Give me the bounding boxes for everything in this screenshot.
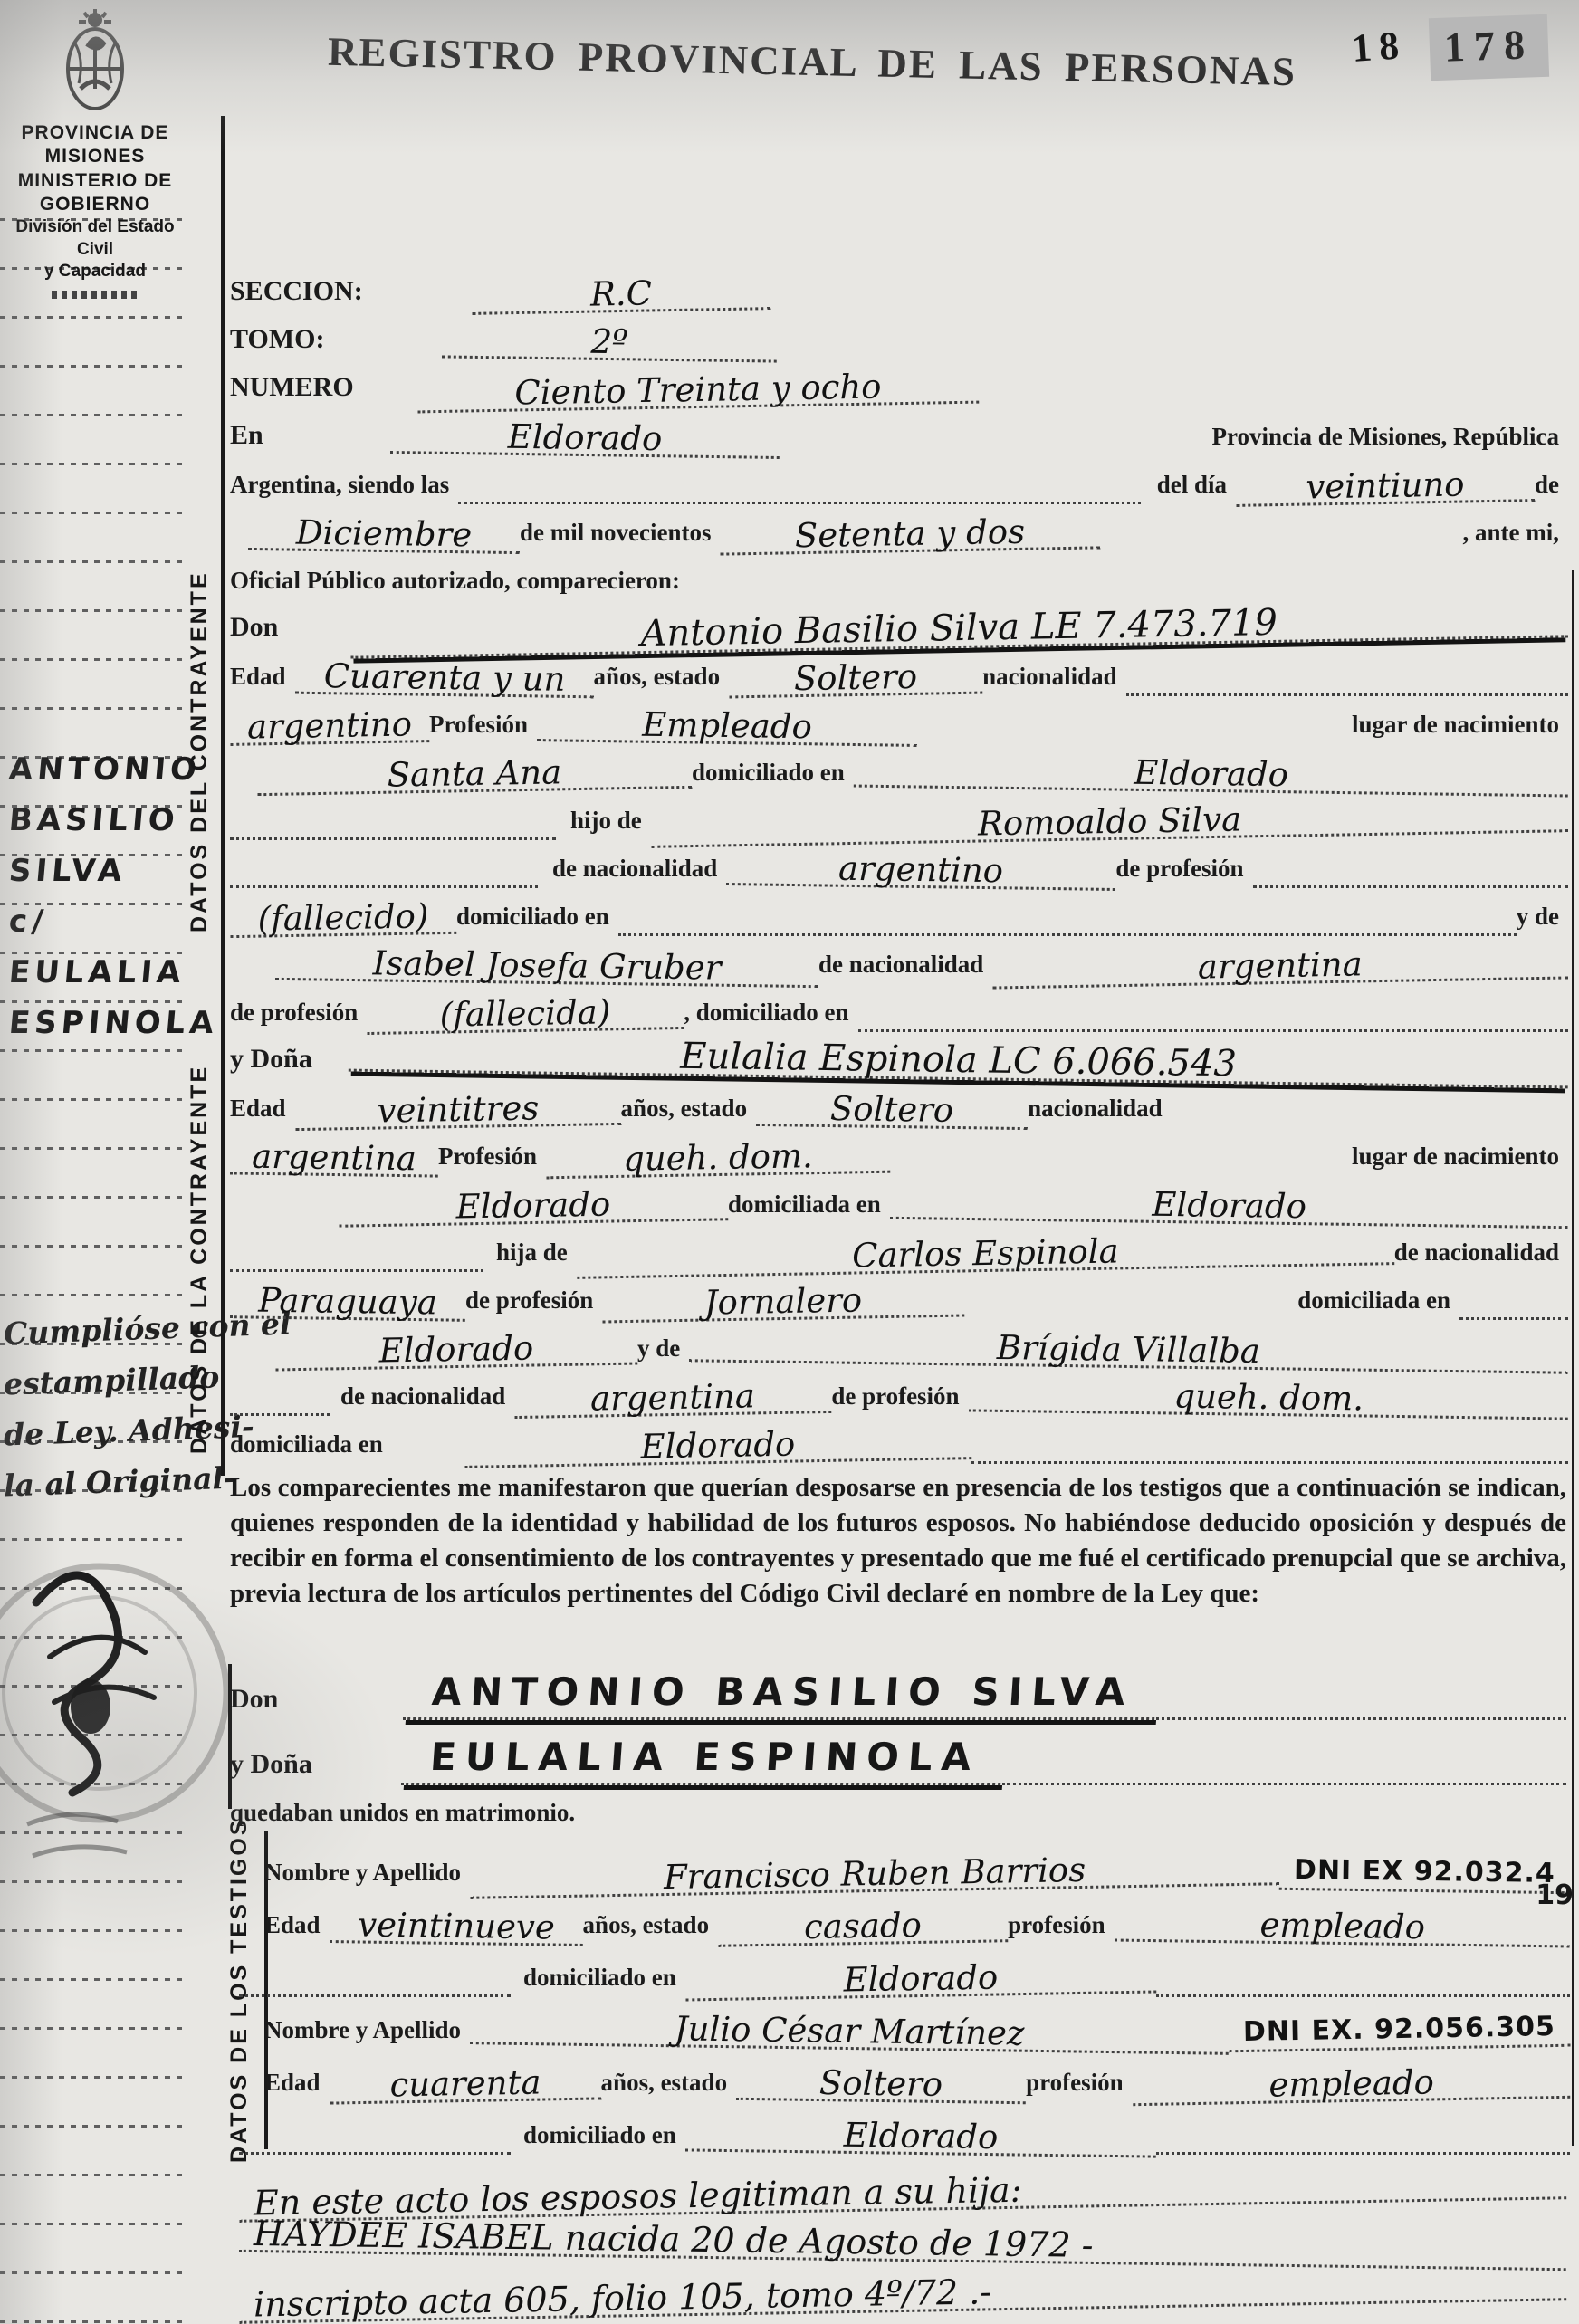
letterhead-line1: PROVINCIA DE MISIONES [0, 121, 190, 169]
seccion-value: R.C [471, 277, 770, 315]
blank [618, 900, 1517, 936]
en-value: Eldorado [389, 421, 779, 459]
form-body: SECCION: R.C TOMO: 2º NUMERO Ciento Trei… [230, 264, 1568, 1464]
blank [858, 996, 1568, 1032]
numero-label: NUMERO [230, 374, 363, 408]
groom-nacionalidad-value: argentino [230, 710, 430, 746]
don-label: Don [230, 614, 287, 648]
bride-edad-value: veintitres [294, 1092, 621, 1131]
groom-padre-nac-label: de nacionalidad [552, 856, 726, 888]
groom-nacimiento-row: Santa Ana domiciliado en Eldorado [230, 744, 1568, 792]
margin-case-line: EULALIA [7, 947, 221, 998]
page-number-printed: 18 [1350, 22, 1407, 72]
tomo-label: TOMO: [230, 326, 333, 360]
bride-madre-dom-value: Eldorado [464, 1427, 971, 1468]
scanned-marriage-certificate: 18 178 REGISTRO PROVINCIAL DE LAS PERSON… [0, 0, 1579, 2324]
groom-madre-row: Isabel Josefa Gruber de nacionalidad arg… [230, 936, 1568, 984]
witness2-name-value: Julio César Martínez [470, 2012, 1230, 2055]
groom-estado-value: Soltero [729, 661, 983, 698]
bride-padre-dom-value: Eldorado [275, 1332, 638, 1371]
bride-madre-dom-row: domiciliada en Eldorado [230, 1416, 1568, 1464]
seccion-label: SECCION: [230, 278, 372, 312]
numero-value: Ciento Treinta y ocho [416, 370, 979, 413]
groom-padre-prof-value: (fallecido) [230, 901, 457, 938]
fecha-row-1: Argentina, siendo las del día veintiuno … [230, 456, 1568, 504]
legitimation-section: En este acto los esposos legitiman a su … [239, 2160, 1566, 2312]
groom-madre-prof-label: de profesión [230, 1000, 367, 1032]
witness2-name-label: Nombre y Apellido [264, 2018, 470, 2050]
groom-prof-row: argentino Profesión Empleado lugar de na… [230, 696, 1568, 744]
official-stamp-and-signature [0, 1467, 254, 1897]
page-number-area: 18 178 [1352, 16, 1548, 79]
page-number-stamp: 178 [1429, 14, 1549, 81]
witness1-edad-value: veintinueve [329, 1910, 582, 1946]
witness1-name-row: Nombre y Apellido Francisco Ruben Barrio… [239, 1840, 1570, 1892]
blank [1156, 1961, 1570, 1997]
groom-anos-estado-label: años, estado [594, 665, 730, 696]
witness2-profesion-value: empleado [1132, 2065, 1570, 2106]
letterhead-line4: y Capacidad [0, 261, 190, 283]
groom-padre-dom-label: domiciliado en [456, 904, 618, 936]
bride-padre-prof-value: Jornalero [602, 1284, 965, 1323]
section-label-bride: DATOS DE LA CONTRAYENTE [187, 1039, 213, 1479]
oficial-line: Oficial Público autorizado, compareciero… [230, 569, 689, 600]
declaration-section: Don ANTONIO BASILIO SILVA y Doña EULALIA… [230, 1655, 1566, 1832]
groom-profesion-label: Profesión [429, 713, 537, 744]
legitimation-line3: inscripto acta 605, folio 105, tomo 4º/7… [239, 2267, 1566, 2324]
blank [230, 1236, 483, 1272]
bride-madre-nac-label: de nacionalidad [340, 1384, 514, 1416]
blank [1156, 2118, 1570, 2155]
hora-blank [458, 468, 1140, 504]
novecientos-label: de mil novecientos [520, 521, 720, 552]
bride-nacionalidad-value: argentina [230, 1142, 438, 1178]
groom-padre-dom-row: (fallecido) domiciliado en y de [230, 888, 1568, 936]
letterhead: PROVINCIA DE MISIONES MINISTERIO DE GOBI… [0, 7, 190, 299]
declaration-closing: quedaban unidos en matrimonio. [230, 1801, 584, 1832]
witness2-dom-value: Eldorado [685, 2118, 1156, 2158]
groom-madre-dom-label: , domiciliado en [684, 1000, 857, 1032]
declaration-groom-row: Don ANTONIO BASILIO SILVA [230, 1655, 1566, 1720]
blank [1126, 660, 1568, 696]
witnesses-section: Nombre y Apellido Francisco Ruben Barrio… [239, 1840, 1570, 2155]
ante-mi-label: , ante mi, [1463, 521, 1568, 552]
witness1-dom-value: Eldorado [684, 1960, 1156, 2002]
groom-name-row: Don Antonio Basilio Silva LE 7.473.719 [230, 600, 1568, 648]
numero-row: NUMERO Ciento Treinta y ocho [230, 360, 1568, 408]
groom-madre-nac-value: argentina [992, 946, 1568, 990]
groom-domiciliado-label: domiciliado en [692, 760, 854, 792]
bride-anos-estado-label: años, estado [621, 1096, 757, 1128]
bride-padre-prof-row: Paraguaya de profesión Jornalero domicil… [230, 1272, 1568, 1320]
argentina-coat-of-arms-icon [48, 7, 142, 116]
form-left-rail [221, 116, 225, 1476]
legitimation-line-row: inscripto acta 605, folio 105, tomo 4º/7… [239, 2262, 1566, 2312]
blank [230, 1380, 330, 1416]
blank [230, 852, 538, 888]
witness2-anos-estado-label: años, estado [601, 2071, 737, 2102]
witness1-estado-value: casado [718, 1909, 1009, 1947]
argentina-prefix: Argentina, siendo las [230, 473, 458, 504]
section-label-groom: DATOS DEL CONTRAYENTE [187, 578, 213, 925]
bride-padre-dom-label: domiciliada en [1297, 1288, 1459, 1320]
bride-madre-prof-label: de profesión [831, 1384, 968, 1416]
blank [1162, 1684, 1566, 1720]
witness1-dom-row: domiciliado en Eldorado [239, 1945, 1570, 1997]
witness1-dom-label: domiciliado en [523, 1965, 685, 1997]
blank [1253, 852, 1568, 888]
bride-prof-row: argentina Profesión queh. dom. lugar de … [230, 1128, 1568, 1176]
declaration-bride-row: y Doña EULALIA ESPINOLA [230, 1720, 1566, 1785]
witness1-name-label: Nombre y Apellido [264, 1860, 470, 1892]
witness1-profesion-label: profesión [1008, 1913, 1115, 1945]
margin-dotted-rules [0, 172, 187, 2324]
legitimation-line-row: HAYDEE ISABEL nacida 20 de Agosto de 197… [239, 2211, 1566, 2262]
groom-padre-prof-label: de profesión [1115, 856, 1252, 888]
groom-padre-nac-value: argentino [726, 853, 1115, 891]
declaration-groom-name: ANTONIO BASILIO SILVA [403, 1669, 1163, 1720]
en-label: En [230, 422, 273, 456]
oficial-row: Oficial Público autorizado, compareciero… [230, 552, 1568, 600]
declaration-dona-label: y Doña [230, 1751, 321, 1785]
witness1-edad-row: Edad veintinueve años, estado casado pro… [239, 1892, 1570, 1945]
groom-domicilio-value: Eldorado [854, 754, 1569, 797]
tomo-row: TOMO: 2º [230, 312, 1568, 360]
bride-nacionalidad-label: nacionalidad [1028, 1096, 1172, 1128]
groom-edad-row: Edad Cuarenta y un años, estado Soltero … [230, 648, 1568, 696]
mes-value: Diciembre [248, 517, 520, 554]
body-paragraph: Los comparecientes me manifestaron que q… [230, 1470, 1566, 1611]
declaration-don-label: Don [230, 1686, 287, 1720]
witness2-dni-value: DNI EX. 92.056.305 [1229, 2011, 1571, 2053]
blank [1459, 1284, 1568, 1320]
letterhead-line2: MINISTERIO DE GOBIERNO [0, 169, 190, 217]
bride-padre-row: hija de Carlos Espinola de nacionalidad [230, 1224, 1568, 1272]
declaration-closing-row: quedaban unidos en matrimonio. [230, 1785, 1566, 1832]
anio-value: Setenta y dos [720, 516, 1101, 556]
witness1-dni-value: DNI EX 92.032.4 [1279, 1854, 1570, 1894]
bride-name-row: y Doña Eulalia Espinola LC 6.066.543 [230, 1032, 1568, 1080]
bride-y-de-label: y de [637, 1336, 689, 1368]
witness2-profesion-label: profesión [1026, 2071, 1133, 2102]
fecha-row-2: Diciembre de mil novecientos Setenta y d… [230, 504, 1568, 552]
bride-madre-dom-label: domiciliada en [230, 1432, 392, 1464]
bride-madre-prof-value: queh. dom. [968, 1379, 1568, 1420]
del-dia-label: del día [1157, 473, 1236, 504]
blank [230, 804, 556, 840]
witness2-edad-value: cuarenta [329, 2067, 601, 2105]
seccion-row: SECCION: R.C [230, 264, 1568, 312]
blank [239, 2118, 511, 2155]
tomo-value: 2º [442, 325, 777, 363]
bride-nacimiento-row: Eldorado domiciliada en Eldorado [230, 1176, 1568, 1224]
bride-padre-nac-label: de nacionalidad [1394, 1240, 1568, 1272]
groom-edad-value: Cuarenta y un [294, 661, 593, 698]
witness1-profesion-value: empleado [1114, 1908, 1570, 1947]
bride-madre-nac-value: argentina [514, 1381, 832, 1420]
witness2-dom-label: domiciliado en [523, 2123, 685, 2155]
bride-padre-nac-value: Paraguaya [230, 1286, 465, 1322]
dona-label: y Doña [230, 1046, 321, 1080]
bride-madre-row: Eldorado y de Brígida Villalba [230, 1320, 1568, 1368]
legitimation-line-row: En este acto los esposos legitiman a su … [239, 2160, 1566, 2211]
witness2-edad-row: Edad cuarenta años, estado Soltero profe… [239, 2050, 1570, 2102]
groom-madre-nac-label: de nacionalidad [818, 952, 992, 984]
witness2-estado-value: Soltero [736, 2067, 1026, 2104]
blank [971, 1428, 1568, 1464]
blank [239, 1961, 511, 1997]
letterhead-line3: División del Estado Civil [0, 216, 190, 261]
bride-edad-label: Edad [230, 1096, 295, 1128]
y-de-label: y de [1517, 904, 1568, 936]
witness2-dom-row: domiciliado en Eldorado [239, 2102, 1570, 2155]
dia-value: veintiuno [1236, 469, 1536, 507]
groom-madre-value: Isabel Josefa Gruber [275, 947, 818, 988]
witness2-name-row: Nombre y Apellido Julio César Martínez D… [239, 1997, 1570, 2050]
bride-padre-prof-label: de profesión [465, 1288, 602, 1320]
provincia-suffix: Provincia de Misiones, República [1211, 425, 1568, 456]
bride-estado-value: Soltero [756, 1093, 1028, 1130]
en-row: En Eldorado Provincia de Misiones, Repúb… [230, 408, 1568, 456]
groom-madre-prof-row: de profesión (fallecida) , domiciliado e… [230, 984, 1568, 1032]
groom-lugar-value: Santa Ana [257, 755, 693, 796]
witness2-edad-label: Edad [264, 2071, 330, 2102]
groom-padre-nac-row: de nacionalidad argentino de profesión [230, 840, 1568, 888]
bride-lugar-label: lugar de nacimiento [1352, 1144, 1568, 1176]
witness1-edad-label: Edad [264, 1913, 330, 1945]
groom-padre-row: hijo de Romoaldo Silva [230, 792, 1568, 840]
blank [1007, 1749, 1566, 1785]
declaration-bride-name: EULALIA ESPINOLA [401, 1735, 1009, 1785]
bride-lugar-value: Eldorado [339, 1188, 729, 1228]
groom-lugar-label: lugar de nacimiento [1352, 713, 1568, 744]
bride-edad-row: Edad veintitres años, estado Soltero nac… [230, 1080, 1568, 1128]
bride-madre-nac-row: de nacionalidad argentina de profesión q… [230, 1368, 1568, 1416]
witness1-anos-estado-label: años, estado [583, 1913, 719, 1945]
hija-de-label: hija de [496, 1240, 577, 1272]
groom-profesion-value: Empleado [537, 709, 917, 747]
groom-madre-prof-value: (fallecida) [367, 997, 684, 1036]
de-label: de [1535, 473, 1568, 504]
bride-profesion-value: queh. dom. [546, 1140, 891, 1179]
bride-domicilio-value: Eldorado [890, 1186, 1569, 1229]
document-title: REGISTRO PROVINCIAL DE LAS PERSONAS [272, 29, 1354, 96]
letterhead-rule [52, 291, 139, 299]
groom-nacionalidad-label: nacionalidad [982, 665, 1126, 696]
groom-edad-label: Edad [230, 665, 295, 696]
bride-domiciliada-label: domiciliada en [728, 1192, 890, 1224]
bride-profesion-label: Profesión [438, 1144, 546, 1176]
hijo-de-label: hijo de [570, 808, 651, 840]
